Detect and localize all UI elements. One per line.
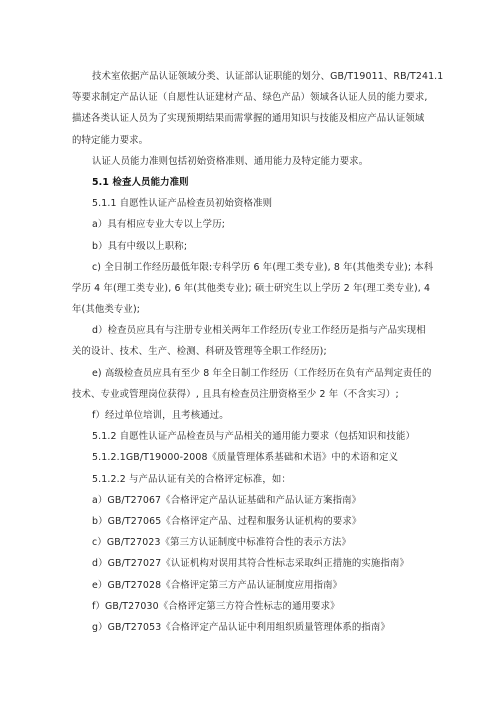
intro-line-4: 的特定能力要求。	[72, 130, 430, 151]
intro-line-1: 技术室依据产品认证领域分类、认证部认证职能的划分、GB/T19011、RB/T2…	[72, 66, 430, 87]
section-heading-5-1: 5.1 检查人员能力准则	[72, 172, 430, 193]
standard-item-a: a）GB/T27067《合格评定产品认证基础和产品认证方案指南》	[72, 490, 430, 511]
intro-line-2: 等要求制定产品认证（自愿性认证建材产品、绿色产品）领域各认证人员的能力要求,	[72, 87, 430, 108]
list-item-c-line-1: c) 全日制工作经历最低年限:专科学历 6 年(理工类专业), 8 年(其他类专…	[72, 257, 430, 278]
list-item-f: f）经过单位培训，且考核通过。	[72, 405, 430, 426]
document-page: 技术室依据产品认证领域分类、认证部认证职能的划分、GB/T19011、RB/T2…	[72, 66, 430, 638]
list-item-d-line-1: d）检查员应具有与注册专业相关两年工作经历(专业工作经历是指与产品实现相	[72, 320, 430, 341]
list-item-c-line-2: 学历 4 年(理工类专业), 6 年(其他类专业); 硕士研究生以上学历 2 年…	[72, 278, 430, 299]
list-item-b: b）具有中级以上职称;	[72, 236, 430, 257]
list-item-a: a）具有相应专业大专以上学历;	[72, 214, 430, 235]
subsection-title-5-1-2: 5.1.2 自愿性认证产品检查员与产品相关的通用能力要求（包括知识和技能）	[72, 426, 430, 447]
standard-item-e: e）GB/T27028《合格评定第三方产品认证制度应用指南》	[72, 575, 430, 596]
intro-line-3: 描述各类认证人员为了实现预期结果而需掌握的通用知识与技能及相应产品认证领域	[72, 108, 430, 129]
list-item-e-line-1: e) 高级检查员应具有至少 8 年全日制工作经历（工作经历在负有产品判定责任的	[72, 363, 430, 384]
clause-5-1-2-1: 5.1.2.1GB/T19000-2008《质量管理体系基础和术语》中的术语和定…	[72, 447, 430, 468]
standard-item-g: g）GB/T27053《合格评定产品认证中利用组织质量管理体系的指南》	[72, 617, 430, 638]
standard-item-c: c）GB/T27023《第三方认证制度中标准符合性的表示方法》	[72, 532, 430, 553]
subsection-title-5-1-1: 5.1.1 自愿性认证产品检查员初始资格准则	[72, 193, 430, 214]
standard-item-b: b）GB/T27065《合格评定产品、过程和服务认证机构的要求》	[72, 511, 430, 532]
summary-paragraph: 认证人员能力准则包括初始资格准则、通用能力及特定能力要求。	[72, 151, 430, 172]
list-item-c-line-3: 年(其他类专业);	[72, 299, 430, 320]
standard-item-f: f）GB/T27030《合格评定第三方符合性标志的通用要求》	[72, 596, 430, 617]
standard-item-d: d）GB/T27027《认证机构对误用其符合性标志采取纠正措施的实施指南》	[72, 553, 430, 574]
clause-5-1-2-2-title: 5.1.2.2 与产品认证有关的合格评定标准，如：	[72, 469, 430, 490]
list-item-e-line-2: 技术、专业或管理岗位获得）, 且具有检查员注册资格至少 2 年（不含实习）;	[72, 384, 430, 405]
list-item-d-line-2: 关的设计、技术、生产、检测、科研及管理等全职工作经历);	[72, 341, 430, 362]
